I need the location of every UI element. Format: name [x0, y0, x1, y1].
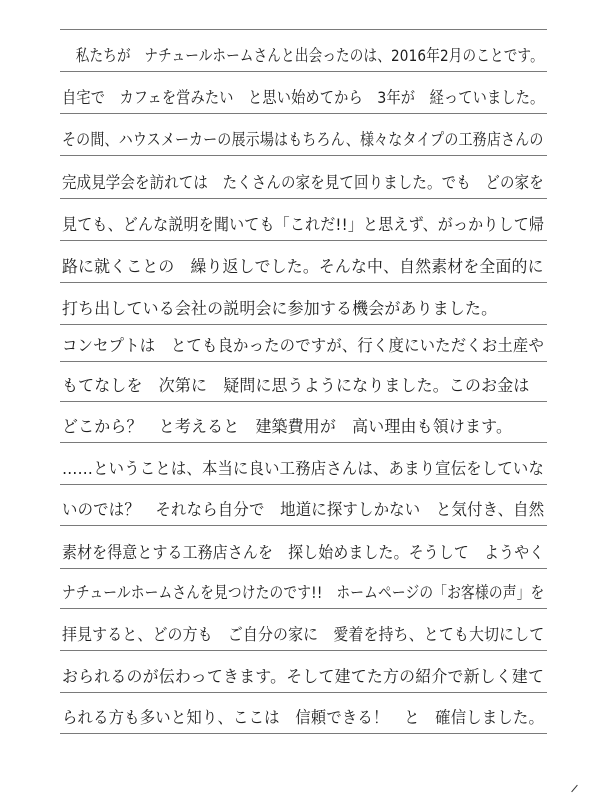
letter-line-3: その間、ハウスメーカーの展示場はもちろん、様々なタイプの工務店さんの — [62, 125, 486, 155]
rule-line — [60, 484, 547, 485]
rule-line — [60, 198, 547, 199]
letter-line-2: 自宅で カフェを営みたい と思い始めてから 3年が 経っていました。 — [62, 83, 491, 113]
rule-line — [60, 155, 547, 156]
rule-line — [60, 525, 547, 526]
rule-line — [60, 324, 547, 325]
letter-line-1: 私たちが ナチュールホームさんと出会ったのは、2016年2月のことです。 — [62, 41, 473, 71]
letter-line-14: ナチュールホームさんを見つけたのです!! ホームページの「お客様の声」を — [62, 578, 477, 608]
rule-line — [60, 71, 547, 72]
rule-line — [60, 401, 547, 402]
letter-line-13: 素材を得意とする工務店さんを 探し始めました。そうして ようやく — [62, 538, 513, 568]
rule-line — [60, 692, 547, 693]
rule-line — [60, 282, 547, 283]
letter-line-11: ……ということは、本当に良い工務店さんは、あまり宣伝をしていな — [62, 454, 527, 484]
letter-line-15: 拝見すると、どの方も ご自分の家に 愛着を持ち、とても大切にして — [62, 620, 513, 650]
letter-line-17: られる方も多いと知り、ここは 信頼できる！ と 確信しました。 — [62, 703, 527, 733]
rule-line — [60, 650, 547, 651]
rule-line — [60, 608, 547, 609]
rule-line — [60, 568, 547, 569]
rule-line — [60, 442, 547, 443]
letter-line-16: おられるのが伝わってきます。そして建てた方の紹介で新しく建て — [62, 662, 544, 692]
letter-line-12: いのでは？ それなら自分で 地道に探すしかない と気付き、自然 — [62, 495, 528, 525]
letter-line-10: どこから？ と考えると 建築費用が 高い理由も領けます。 — [62, 412, 544, 442]
corner-pen-mark — [571, 785, 578, 793]
letter-line-4: 完成見学会を訪れては たくさんの家を見て回りました。でも どの家を — [62, 168, 499, 198]
rule-line — [60, 240, 547, 241]
rule-line — [60, 113, 547, 114]
letter-page: 私たちが ナチュールホームさんと出会ったのは、2016年2月のことです。 自宅で… — [0, 0, 600, 800]
letter-line-9: もてなしを 次第に 疑問に思うようになりました。このお金は — [62, 371, 544, 401]
rule-line — [60, 361, 547, 362]
letter-line-6: 路に就くことの 繰り返しでした。そんな中、自然素材を全面的に — [62, 252, 542, 282]
letter-line-5: 見ても、どんな説明を聞いても「これだ!!」と思えず、がっかりして帰 — [62, 210, 516, 240]
letter-line-8: コンセプトは とても良かったのですが、行く度にいただくお土産や — [62, 331, 527, 361]
rule-line — [60, 733, 547, 734]
top-rule — [60, 29, 547, 30]
letter-line-7: 打ち出している会社の説明会に参加する機会がありました。 — [62, 294, 544, 324]
